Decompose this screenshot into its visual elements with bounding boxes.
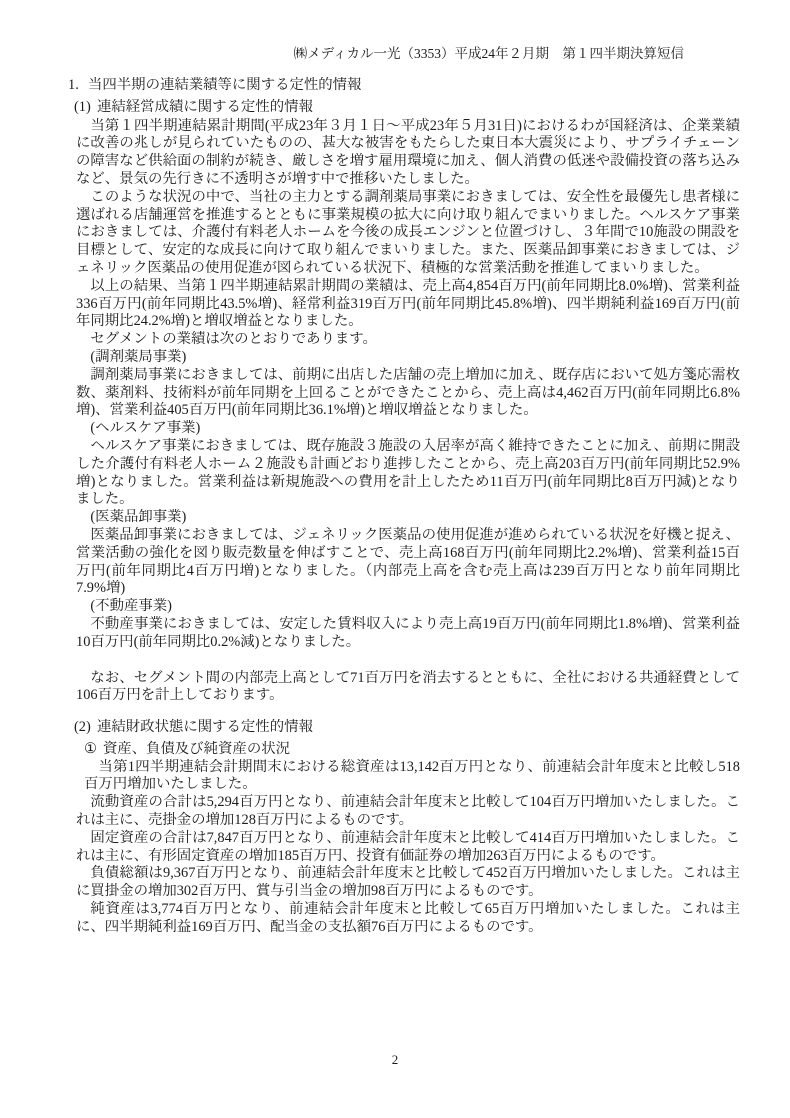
paragraph-business-overview: このような状況の中で、当社の主力とする調剤薬局事業におきましては、安全性を最優先… xyxy=(76,189,740,278)
segment-paragraph-healthcare: ヘルスケア事業におきましては、既存施設３施設の入居率が高く維持できたことに加え、… xyxy=(76,438,740,509)
paragraph-fixed-assets: 固定資産の合計は7,847百万円となり、前連結会計年度末と比較して414百万円増… xyxy=(76,830,740,866)
paragraph-economy: 当第１四半期連結累計期間(平成23年３月１日～平成23年５月31日)におけるわが… xyxy=(76,118,740,189)
subsection-2-label: (2) xyxy=(74,719,91,737)
paragraph-current-assets: 流動資産の合計は5,294百万円となり、前連結会計年度末と比較して104百万円増… xyxy=(76,794,740,830)
subsection-2-title-text: 連結財政状態に関する定性的情報 xyxy=(97,719,313,735)
section-1-number: 1. xyxy=(68,77,88,95)
segment-heading-healthcare: (ヘルスケア事業) xyxy=(76,420,740,438)
section-1-title-text: 当四半期の連結業績等に関する定性的情報 xyxy=(88,77,361,93)
subsection-1-label: (1) xyxy=(74,99,91,117)
company-header: ㈱メディカル一光（3353）平成24年２月期 第１四半期決算短信 xyxy=(0,46,790,62)
subsection-1-title: (1)連結経営成績に関する定性的情報 xyxy=(74,99,740,117)
segment-paragraph-pharmacy: 調剤薬局事業におきましては、前期に出店した店舗の売上増加に加え、既存店において処… xyxy=(76,367,740,420)
item-1-title: ①資産、負債及び純資産の状況 xyxy=(84,741,740,759)
subsection-1-title-text: 連結経営成績に関する定性的情報 xyxy=(97,99,313,115)
segment-paragraph-drug-wholesale: 医薬品卸事業におきましては、ジェネリック医薬品の使用促進が進められている状況を好… xyxy=(76,527,740,598)
paragraph-net-assets: 純資産は3,774百万円となり、前連結会計年度末と比較して65百万円増加いたしま… xyxy=(76,901,740,937)
paragraph-consolidated-results: 以上の結果、当第１四半期連結累計期間の業績は、売上高4,854百万円(前年同期比… xyxy=(76,278,740,331)
item-1-marker: ① xyxy=(84,741,97,757)
paragraph-segment-elimination-note: なお、セグメント間の内部売上高として71百万円を消去するとともに、全社における共… xyxy=(76,670,740,706)
segment-heading-real-estate: (不動産事業) xyxy=(76,598,740,616)
segment-heading-drug-wholesale: (医薬品卸事業) xyxy=(76,509,740,527)
section-1-title: 1.当四半期の連結業績等に関する定性的情報 xyxy=(68,77,740,95)
paragraph-segment-intro: セグメントの業績は次のとおりであります。 xyxy=(76,331,740,349)
paragraph-total-assets: 当第1四半期連結会計期間末における総資産は13,142百万円となり、前連結会計年… xyxy=(84,759,740,795)
item-1-title-text: 資産、負債及び純資産の状況 xyxy=(103,741,290,757)
segment-heading-pharmacy: (調剤薬局事業) xyxy=(76,349,740,367)
page-number: 2 xyxy=(0,1052,790,1068)
document-page: ㈱メディカル一光（3353）平成24年２月期 第１四半期決算短信 1.当四半期の… xyxy=(0,0,790,1118)
segment-paragraph-real-estate: 不動産事業におきましては、安定した賃料収入により売上高19百万円(前年同期比1.… xyxy=(76,616,740,652)
paragraph-liabilities: 負債総額は9,367百万円となり、前連結会計年度末と比較して452百万円増加いた… xyxy=(76,865,740,901)
subsection-2-title: (2)連結財政状態に関する定性的情報 xyxy=(74,719,740,737)
